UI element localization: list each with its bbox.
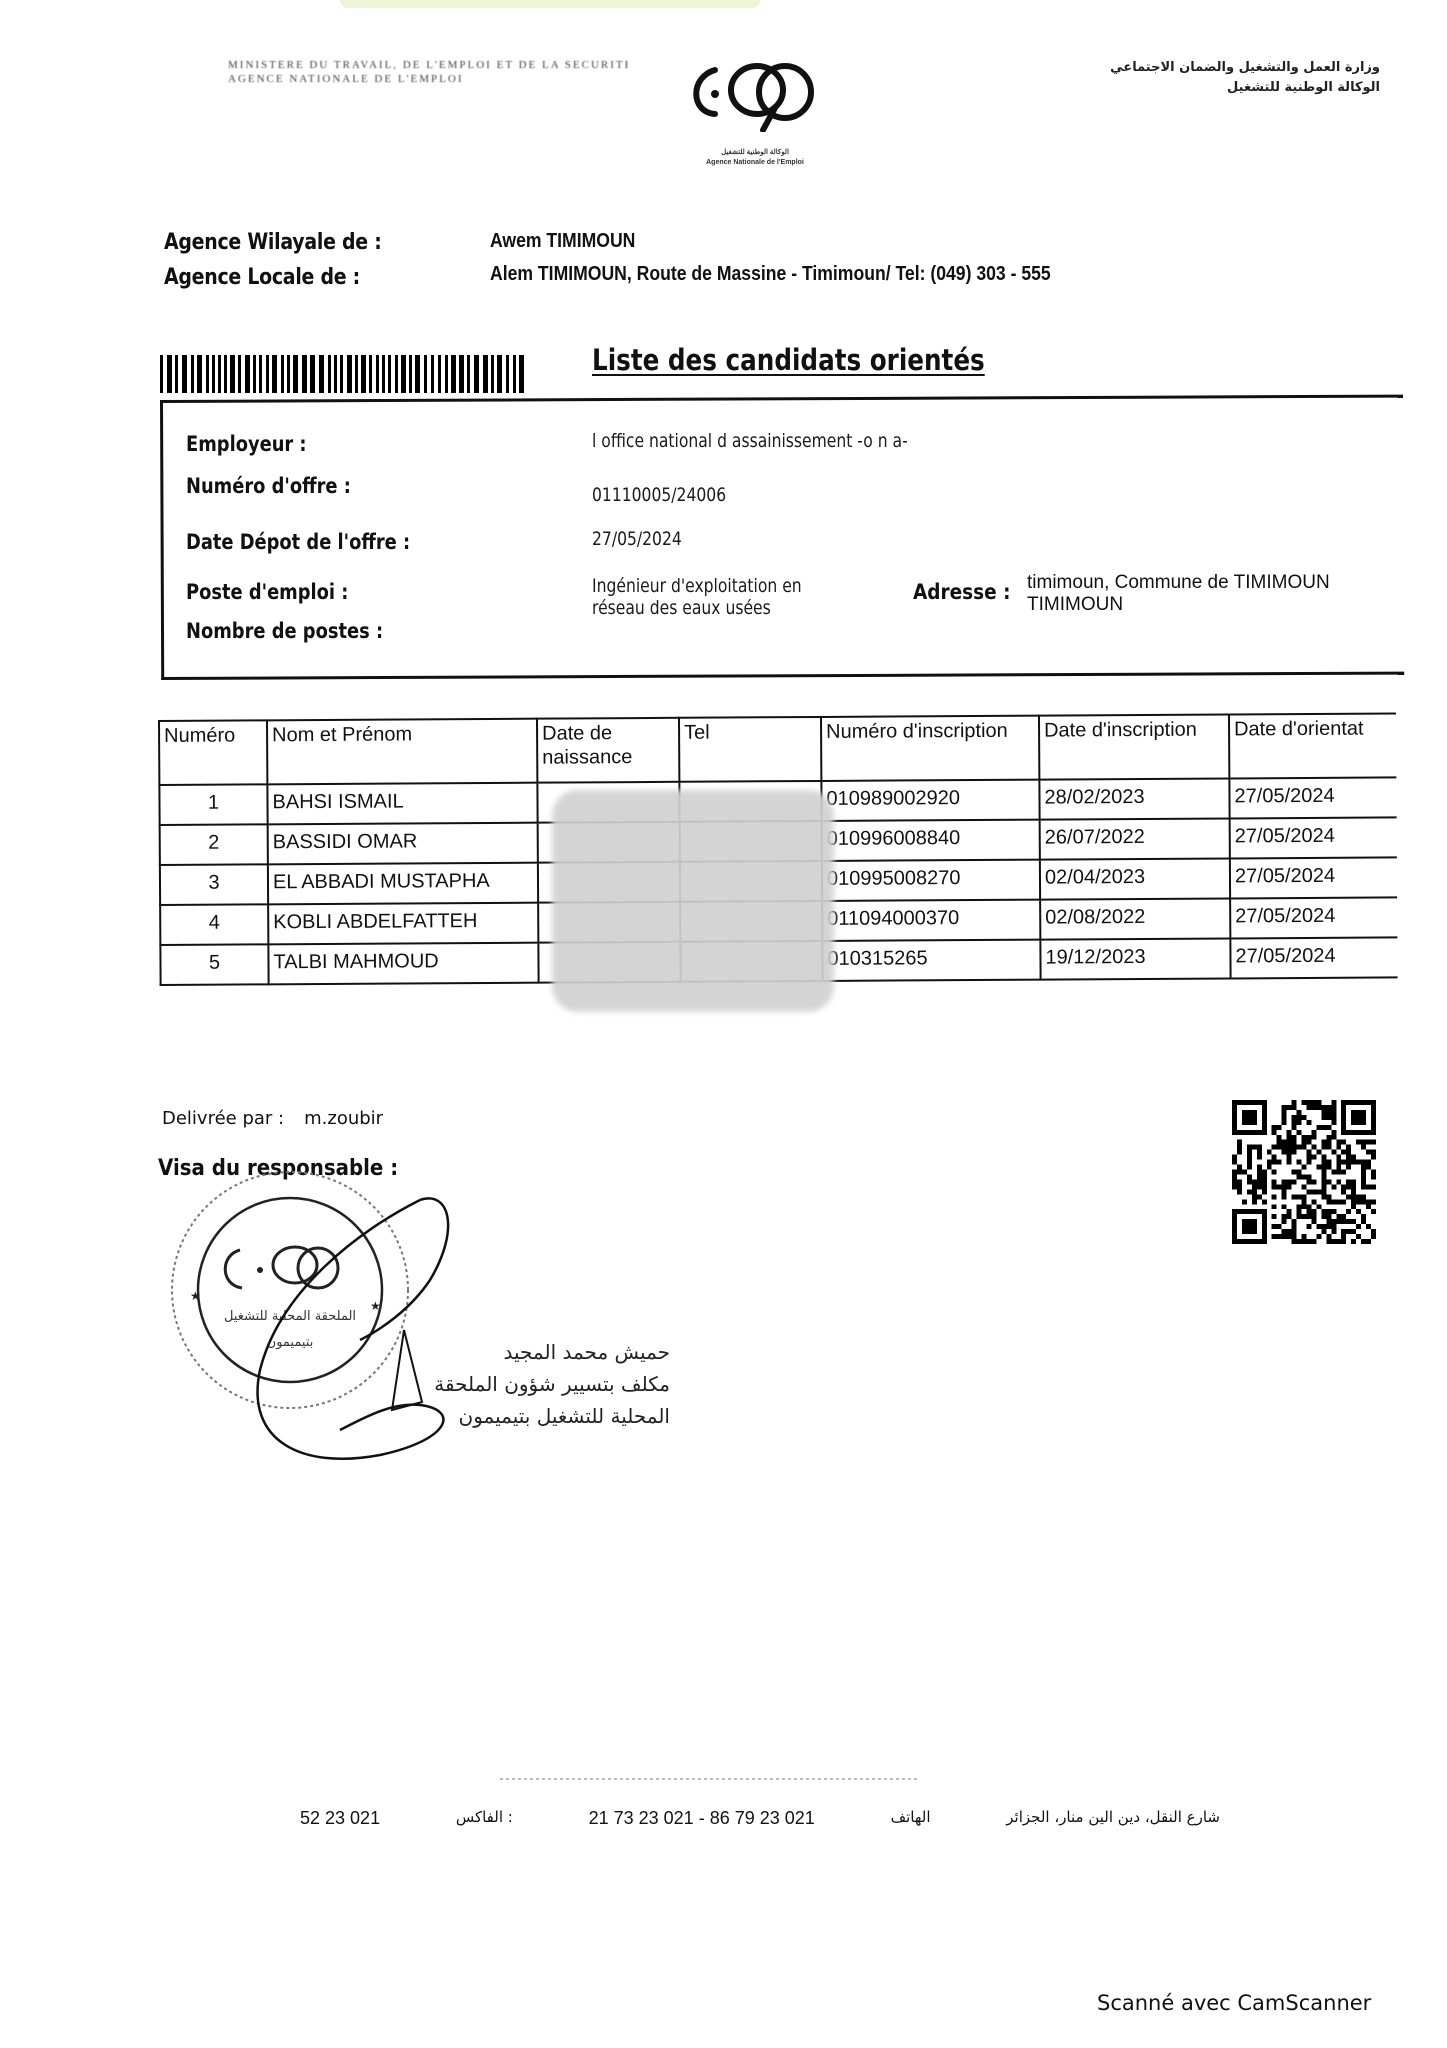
scan-artifact — [340, 0, 760, 8]
cell-orient-date: 27/05/2024 — [1230, 937, 1397, 978]
ministry-name-fr: MINISTERE DU TRAVAIL, DE L'EMPLOI ET DE … — [228, 58, 628, 72]
cell-name: TALBI MAHMOUD — [268, 943, 538, 985]
wilayale-label: Agence Wilayale de : — [164, 230, 382, 255]
cell-orient-date: 27/05/2024 — [1230, 817, 1397, 858]
cell-reg-number: 010989002920 — [821, 780, 1039, 821]
col-reg-date: Date d'inscription — [1039, 714, 1229, 779]
employer-label: Employeur : — [186, 432, 307, 456]
svg-text:★: ★ — [370, 1299, 381, 1313]
cell-numero: 1 — [159, 784, 267, 825]
cell-numero: 5 — [160, 944, 268, 985]
address-label: Adresse : — [913, 580, 1011, 604]
cell-numero: 2 — [160, 824, 268, 865]
footer-divider — [500, 1778, 920, 1780]
footer-address: شارع النقل، دين الين منار، الجزائر — [1006, 1808, 1220, 1829]
positions-count-label: Nombre de postes : — [186, 619, 383, 643]
locale-label: Agence Locale de : — [164, 265, 360, 290]
anem-logo-icon — [685, 52, 830, 132]
col-reg-number: Numéro d'inscription — [821, 716, 1039, 781]
redaction-blur — [552, 790, 834, 1012]
col-numero: Numéro — [159, 720, 267, 785]
cell-orient-date: 27/05/2024 — [1230, 857, 1397, 898]
agency-name-ar: الوكالة الوطنية للتشغيل — [900, 78, 1380, 98]
position-value: Ingénieur d'exploitation en réseau des e… — [592, 575, 838, 619]
phone-numbers: 21 73 23 021 - 86 79 23 021 — [589, 1808, 815, 1829]
cell-reg-number: 010315265 — [822, 940, 1040, 981]
cell-name: BASSIDI OMAR — [268, 823, 538, 865]
cell-reg-date: 02/04/2023 — [1040, 858, 1230, 899]
signature-line-3: المحلية للتشغيل بتيميمون — [350, 1400, 670, 1432]
cell-reg-number: 010995008270 — [822, 860, 1040, 901]
page-footer: 52 23 021 : الفاكس 21 73 23 021 - 86 79 … — [300, 1808, 1220, 1829]
offer-number-value: 01110005/24006 — [592, 484, 726, 506]
camscanner-watermark: Scanné avec CamScanner — [1097, 1991, 1371, 2015]
svg-text:بتيميمون: بتيميمون — [267, 1335, 314, 1350]
document-title: Liste des candidats orientés — [592, 343, 985, 377]
ministry-name-ar: وزارة العمل والتشغيل والضمان الاجتماعي — [900, 58, 1380, 78]
cell-reg-number: 011094000370 — [822, 900, 1040, 941]
col-birth-date: Date de naissance — [537, 718, 679, 783]
deposit-date-value: 27/05/2024 — [592, 528, 682, 550]
qr-code-icon — [1230, 1100, 1378, 1244]
signature-line-1: حميش محمد المجيد — [350, 1336, 670, 1368]
deposit-date-label: Date Dépot de l'offre : — [186, 530, 410, 554]
logo-caption-ar: الوكالة الوطنية للتشغيل — [680, 148, 830, 158]
logo-caption: الوكالة الوطنية للتشغيل Agence Nationale… — [680, 148, 830, 168]
cell-orient-date: 27/05/2024 — [1229, 777, 1396, 818]
address-value: timimoun, Commune de TIMIMOUN TIMIMOUN — [1027, 572, 1330, 616]
position-label: Poste d'emploi : — [186, 580, 348, 604]
fax-number: 52 23 021 — [300, 1808, 380, 1829]
signature-line-2: مكلف بتسيير شؤون الملحقة — [350, 1368, 670, 1400]
delivered-value: m.zoubir — [304, 1108, 383, 1129]
cell-name: KOBLI ABDELFATTEH — [268, 903, 538, 945]
official-stamp-icon: الملحقة المحلية للتشغيل بتيميمون ★ ★ — [160, 1170, 680, 1490]
col-name: Nom et Prénom — [267, 719, 537, 785]
employer-value: l office national d assainissement -o n … — [592, 430, 908, 452]
fax-label: : الفاكس — [456, 1808, 513, 1829]
signature-block: حميش محمد المجيد مكلف بتسيير شؤون الملحق… — [350, 1336, 670, 1432]
table-header-row: Numéro Nom et Prénom Date de naissance T… — [159, 713, 1396, 785]
cell-name: BAHSI ISMAIL — [267, 783, 537, 825]
header-french: MINISTERE DU TRAVAIL, DE L'EMPLOI ET DE … — [228, 58, 628, 86]
address-line-1: timimoun, Commune de TIMIMOUN — [1027, 572, 1330, 594]
col-orient-date: Date d'orientat — [1229, 713, 1396, 778]
locale-value: Alem TIMIMOUN, Route de Massine - Timimo… — [490, 263, 1051, 286]
delivered-label: Delivrée par : — [162, 1108, 284, 1129]
cell-reg-date: 26/07/2022 — [1040, 818, 1230, 859]
logo-caption-fr: Agence Nationale de l'Emploi — [680, 158, 830, 168]
header-arabic: وزارة العمل والتشغيل والضمان الاجتماعي ا… — [900, 58, 1380, 98]
col-tel: Tel — [679, 717, 821, 782]
cell-numero: 4 — [160, 904, 268, 945]
cell-reg-date: 19/12/2023 — [1040, 938, 1230, 979]
address-line-2: TIMIMOUN — [1027, 594, 1330, 616]
cell-name: EL ABBADI MUSTAPHA — [268, 863, 538, 905]
cell-reg-date: 02/08/2022 — [1040, 898, 1230, 939]
barcode-icon — [160, 355, 530, 393]
phone-label: الهاتف — [891, 1808, 931, 1829]
svg-text:★: ★ — [190, 1289, 201, 1303]
svg-text:الملحقة المحلية للتشغيل: الملحقة المحلية للتشغيل — [224, 1309, 356, 1324]
cell-numero: 3 — [160, 864, 268, 905]
agency-name-fr: AGENCE NATIONALE DE L'EMPLOI — [228, 72, 628, 86]
wilayale-value: Awem TIMIMOUN — [490, 230, 635, 253]
delivered-by: Delivrée par :m.zoubir — [162, 1108, 383, 1129]
offer-number-label: Numéro d'offre : — [186, 474, 351, 498]
cell-reg-date: 28/02/2023 — [1039, 778, 1229, 819]
cell-orient-date: 27/05/2024 — [1230, 897, 1397, 938]
cell-reg-number: 010996008840 — [822, 820, 1040, 861]
